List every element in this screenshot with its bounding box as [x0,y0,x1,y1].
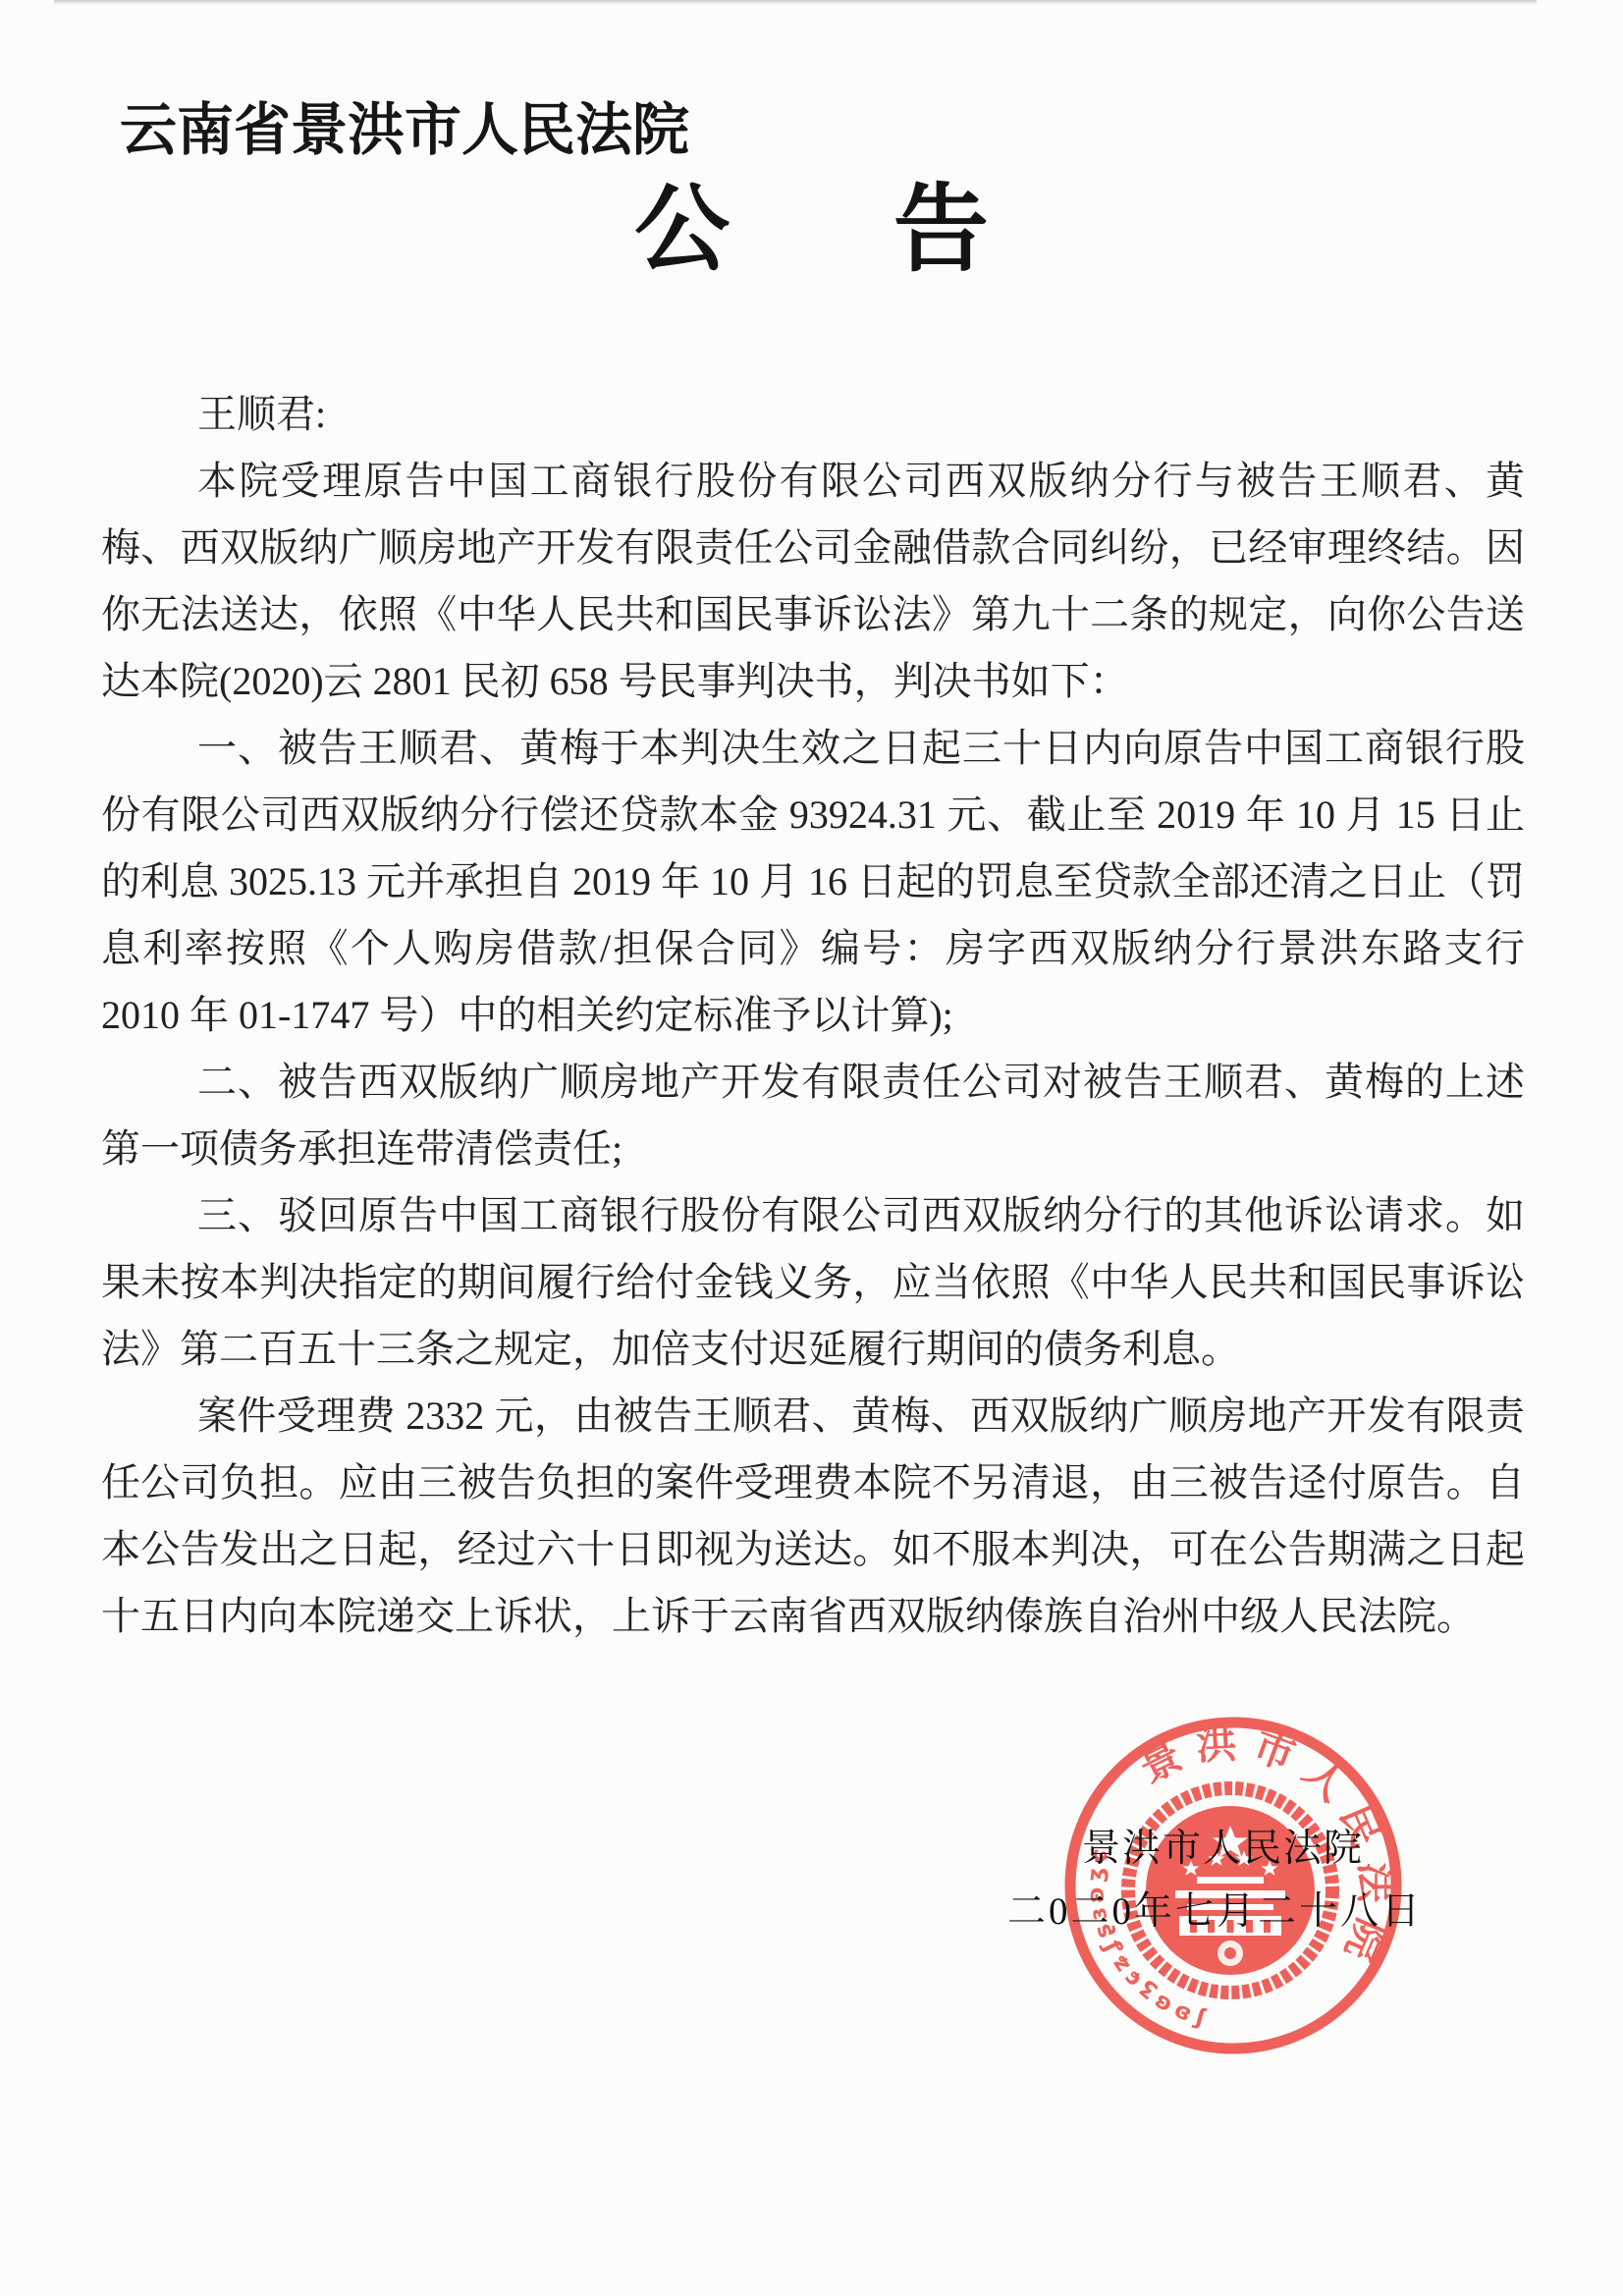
paragraph-intro: 本院受理原告中国工商银行股份有限公司西双版纳分行与被告王顺君、黄梅、西双版纳广顺… [101,448,1525,715]
paragraph-item-2: 二、被告西双版纳广顺房地产开发有限责任公司对被告王顺君、黄梅的上述第一项债务承担… [101,1049,1525,1182]
court-header: 云南省景洪市人民法院 [120,96,1494,165]
document-page: 云南省景洪市人民法院 公告 王顺君: 本院受理原告中国工商银行股份有限公司西双版… [0,0,1623,2296]
scan-artifact [54,0,1537,6]
notice-title: 公告 [0,177,1623,285]
paragraph-item-3: 三、驳回原告中国工商银行股份有限公司西双版纳分行的其他诉讼请求。如果未按本判决指… [101,1182,1525,1383]
paragraph-item-1: 一、被告王顺君、黄梅于本判决生效之日起三十日内向原告中国工商银行股份有限公司西双… [101,715,1525,1049]
signature-date: 二0二0年七月二十八日 [1007,1881,1423,1936]
notice-body: 王顺君: 本院受理原告中国工商银行股份有限公司西双版纳分行与被告王顺君、黄梅、西… [101,381,1525,1650]
paragraph-fees: 案件受理费 2332 元，由被告王顺君、黄梅、西双版纳广顺房地产开发有限责任公司… [101,1383,1525,1650]
salutation: 王顺君: [101,381,1525,448]
signature-court-name: 景洪市人民法院 [1082,1818,1364,1873]
